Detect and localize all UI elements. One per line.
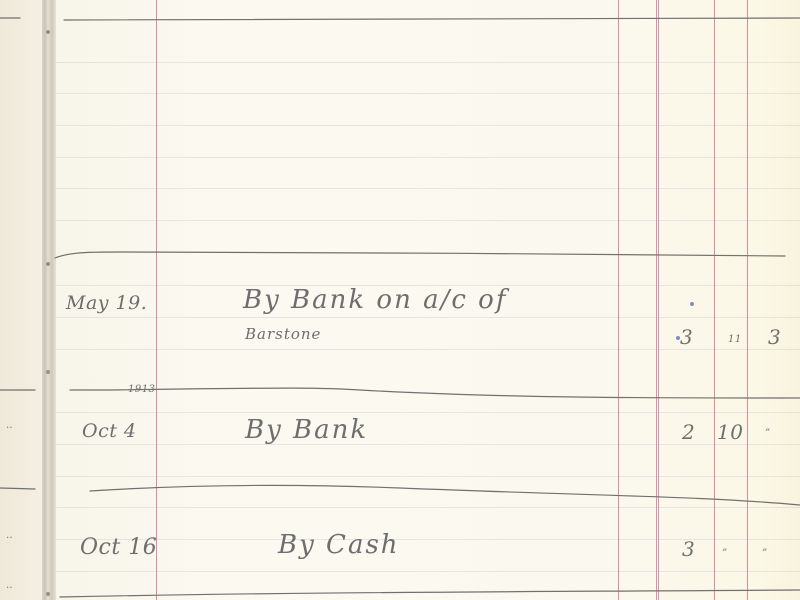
entry-date: Oct 4 [82, 420, 136, 442]
entry-date: Oct 16 [80, 535, 157, 560]
amount-shillings: ” [722, 548, 728, 559]
amount-pounds: 3 [680, 325, 693, 349]
margin-mark: ‥ [6, 580, 13, 591]
amount-pence: ” [762, 548, 768, 559]
entry-date: May 19. [66, 292, 147, 314]
amount-shillings: 11 [728, 334, 742, 345]
amount-pence: ” [765, 428, 771, 439]
amount-pounds: 2 [682, 420, 695, 444]
amount-pounds: 3 [682, 537, 695, 561]
ink-blot [690, 302, 694, 306]
entry-description: By Bank [245, 415, 368, 445]
amount-shillings: 10 [717, 420, 743, 444]
margin-mark: ‥ [6, 530, 13, 541]
entry-description: By Bank on a/c of [243, 285, 507, 315]
amount-pence: 3 [768, 325, 781, 349]
entry-description: By Cash [278, 530, 400, 560]
year-note: 1913 [128, 384, 155, 395]
margin-mark: ‥ [6, 420, 13, 431]
entry-sub-description: Barstone [245, 325, 321, 343]
ledger-page: ‥ ‥ ‥ May 19. By Bank on a/c of Barstone… [0, 0, 800, 600]
